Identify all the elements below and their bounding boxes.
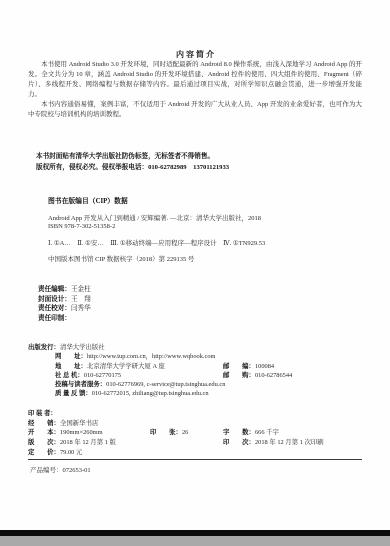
cip-classification: Ⅰ. ①A… Ⅱ. ①安… Ⅲ. ①移动终端—应用程序—程序设计 Ⅳ. ①TN9…: [48, 238, 265, 247]
switchboard-value: 010-62770175: [84, 372, 121, 379]
page-title: 内 容 简 介: [0, 49, 390, 60]
wordcount-value: 666 千字: [255, 429, 279, 436]
print-row-format: 开 本：190mm×260mm 印 张：26 字 数：666 千字: [28, 428, 362, 438]
mailorder-value: 010-62786544: [255, 372, 292, 379]
impression-column: 印 次：2018 年 12 月第 1 次印刷: [223, 438, 324, 448]
edition-value: 2018 年 12 月第 1 版: [60, 439, 116, 446]
publisher-row-quality-feedback: 质 量 反 馈：010-62772015, zhiliang@tup.tsing…: [28, 389, 362, 398]
reader-service-label: 投稿与读者服务：: [55, 381, 106, 388]
price-value: 79.00 元: [60, 449, 82, 456]
credit-label: 封面设计：: [38, 296, 71, 303]
edition-label: 版 次：: [28, 439, 60, 446]
credit-label: 责任编辑：: [38, 286, 71, 293]
credit-value: 王 翔: [71, 296, 91, 303]
wordcount-column: 字 数：666 千字: [223, 428, 279, 438]
sheets-label: 印 张：: [150, 429, 182, 436]
page-bottom-edge-gray: [0, 536, 390, 546]
publisher-value: 清华大学出版社: [60, 344, 105, 351]
credit-row-cover-design: 封面设计：王 翔: [38, 295, 91, 305]
credit-row-editor: 责任编辑：王金柱: [38, 285, 91, 295]
cip-heading: 图书在版编目（CIP）数据: [48, 195, 128, 205]
credit-label: 责任印制：: [38, 315, 71, 322]
staff-credits: 责任编辑：王金柱 封面设计：王 翔 责任校对：闫秀华 责任印制：: [38, 285, 91, 323]
postcode-value: 100084: [255, 363, 274, 370]
mailorder-label: 邮 购：: [223, 372, 255, 379]
publisher-label: 出版发行：: [28, 344, 60, 351]
distributor-label: 经 销：: [28, 420, 60, 427]
cip-isbn: ISBN 978-7-302-51358-2: [48, 223, 115, 230]
product-number: 产品编号：072653-01: [30, 465, 91, 474]
format-value: 190mm×260mm: [60, 429, 103, 436]
impression-label: 印 次：: [223, 439, 255, 446]
sheets-value: 26: [182, 429, 188, 436]
wordcount-label: 字 数：: [223, 429, 255, 436]
website-value: http://www.tup.com.cn，http://www.wqbook.…: [87, 353, 216, 360]
address-label: 地 址：: [55, 363, 87, 370]
summary-paragraph-2: 本书内容通俗易懂，案例丰富，不仅适用于 Android 开发的广大从业人员、Ap…: [28, 100, 362, 120]
print-row-distributor: 经 销：全国新华书店: [28, 419, 362, 429]
quality-feedback-label: 质 量 反 馈：: [55, 390, 92, 397]
credit-row-print-supervisor: 责任印制：: [38, 314, 91, 324]
postcode-column: 邮 编：100084: [223, 362, 274, 371]
publisher-block: 出版发行：清华大学出版社 网 址：http://www.tup.com.cn，h…: [28, 343, 362, 399]
printing-info-block: 印 装 者： 经 销：全国新华书店 开 本：190mm×260mm 印 张：26…: [28, 409, 362, 457]
publisher-row-name: 出版发行：清华大学出版社: [28, 343, 362, 352]
reader-service-value: 010-62776969, c-service@tup.tsinghua.edu…: [106, 381, 225, 388]
copyright-page: 内 容 简 介 本书使用 Android Studio 3.0 开发环境，同时适…: [0, 0, 390, 546]
summary-paragraph-1: 本书使用 Android Studio 3.0 开发环境，同时适配最新的 And…: [28, 60, 362, 100]
publisher-row-switchboard: 社 总 机：010-62770175 邮 购：010-62786544: [28, 371, 362, 380]
credit-value: 闫秀华: [71, 305, 91, 312]
publisher-row-address: 地 址：北京清华大学学研大厦 A 座 邮 编：100084: [28, 362, 362, 371]
content-summary: 本书使用 Android Studio 3.0 开发环境，同时适配最新的 And…: [28, 60, 362, 120]
website-label: 网 址：: [55, 353, 87, 360]
credit-label: 责任校对：: [38, 305, 71, 312]
anti-piracy-notice: 本书封面贴有清华大学出版社防伪标签，无标签者不得销售。 版权所有，侵权必究。侵权…: [36, 152, 356, 173]
notice-line-1: 本书封面贴有清华大学出版社防伪标签，无标签者不得销售。: [36, 152, 356, 163]
format-label: 开 本：: [28, 429, 60, 436]
print-row-price: 定 价：79.00 元: [28, 448, 362, 458]
distributor-value: 全国新华书店: [60, 420, 98, 427]
printer-label: 印 装 者：: [28, 410, 57, 417]
postcode-label: 邮 编：: [223, 363, 255, 370]
credit-value: 王金柱: [71, 286, 91, 293]
publisher-row-website: 网 址：http://www.tup.com.cn，http://www.wqb…: [28, 352, 362, 361]
quality-feedback-value: 010-62772015, zhiliang@tup.tsinghua.edu.…: [92, 390, 209, 397]
address-value: 北京清华大学学研大厦 A 座: [87, 363, 165, 370]
price-label: 定 价：: [28, 449, 60, 456]
cip-title-line: Android App 开发从入门到精通 / 安辉编著. —北京：清华大学出版社…: [48, 213, 261, 222]
switchboard-label: 社 总 机：: [55, 372, 84, 379]
credit-row-proofreader: 责任校对：闫秀华: [38, 304, 91, 314]
notice-line-2: 版权所有，侵权必究。侵权举报电话：010-62782989 1370112193…: [36, 163, 356, 174]
publisher-row-reader-service: 投稿与读者服务：010-62776969, c-service@tup.tsin…: [28, 380, 362, 389]
impression-value: 2018 年 12 月第 1 次印刷: [255, 439, 324, 446]
sheets-column: 印 张：26: [150, 428, 188, 438]
print-row-edition: 版 次：2018 年 12 月第 1 版 印 次：2018 年 12 月第 1 …: [28, 438, 362, 448]
print-row-printer: 印 装 者：: [28, 409, 362, 419]
mailorder-column: 邮 购：010-62786544: [223, 371, 292, 380]
cip-record-number: 中国版本图书馆 CIP 数据核字（2018）第 229135 号: [48, 254, 194, 263]
footer-divider: [28, 459, 362, 460]
